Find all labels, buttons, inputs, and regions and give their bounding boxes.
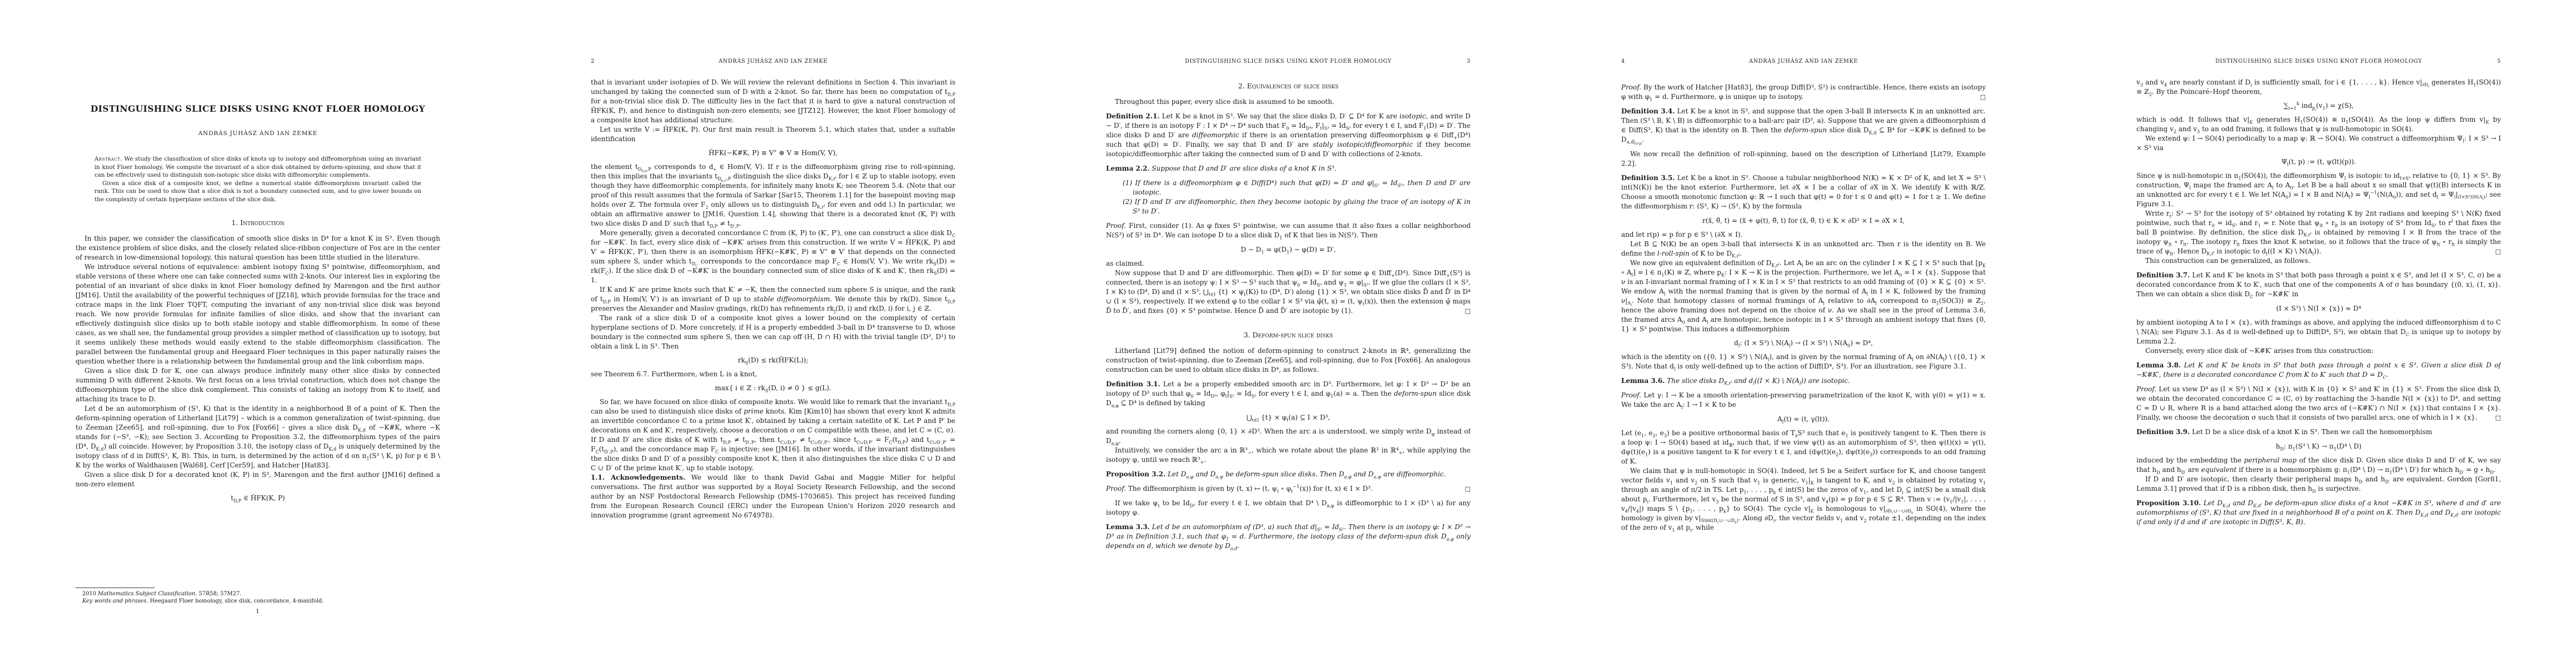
paper-authors: ANDRÁS JUHÁSZ AND IAN ZEMKE	[76, 129, 440, 138]
paragraph: This construction can be generalized, as…	[2136, 256, 2501, 266]
block-lead: Lemma 3.6.	[1621, 377, 1665, 385]
block-lead: Proposition 3.2.	[1106, 470, 1165, 478]
block-lead: Definition 3.5.	[1621, 174, 1675, 182]
running-head: 2ANDRÁS JUHÁSZ AND IAN ZEMKE	[591, 58, 955, 66]
running-head-page-number: 4	[1621, 58, 1625, 64]
running-head: DISTINGUISHING SLICE DISKS USING KNOT FL…	[1106, 58, 1471, 66]
block-lead: Definition 3.4.	[1621, 107, 1675, 115]
abstract: Abstract. We study the classification of…	[94, 155, 421, 203]
page-1: DISTINGUISHING SLICE DISKS USING KNOT FL…	[0, 0, 515, 667]
paragraph: Litherland [Lit79] defined the notion of…	[1106, 346, 1471, 375]
proof-block: Proof. The diffeomorphism is given by (t…	[1106, 484, 1471, 494]
paragraph: Conversely, every slice disk of −K#K′ ar…	[2136, 346, 2501, 356]
theorem-block: Lemma 3.3. Let d be an automorphism of (…	[1106, 522, 1471, 551]
paragraph: If we take ψt to be IdD³ for every t ∈ I…	[1106, 499, 1471, 517]
paragraph: Since ψ is null-homotopic in π1(SO(4)), …	[2136, 171, 2501, 209]
paragraph: and let r(p) = p for p ∈ S³ \ (∂X × I).	[1621, 230, 1986, 240]
paragraph: Let (e1, e2, e3) be a positive orthonorm…	[1621, 429, 1986, 466]
paragraph: Now suppose that D and D′ are diffeomorp…	[1106, 268, 1471, 316]
paragraph: We extend ψ: I → SO(4) periodically to a…	[2136, 134, 2501, 153]
page-body: v3 and v4 are nearly constant if Di is s…	[2136, 78, 2501, 641]
section-heading: 1. Introduction	[76, 218, 440, 227]
page-2: 2ANDRÁS JUHÁSZ AND IAN ZEMKEthat is inva…	[515, 0, 1030, 667]
block-lead: 1.1. Acknowledgements.	[591, 474, 685, 481]
paragraph: see Theorem 6.7. Furthermore, when L is …	[591, 370, 955, 379]
paragraph: Write rt: S³ → S³ for the isotopy of S³ …	[2136, 209, 2501, 256]
paragraph: If D and D′ are isotopic, then clearly t…	[2136, 475, 2501, 494]
paragraph: induced by the embedding the peripheral …	[2136, 456, 2501, 475]
display-formula: (I × S³) \ N(I × {x}) ≈ D⁴	[2136, 304, 2501, 313]
running-head: 4ANDRÁS JUHÁSZ AND IAN ZEMKE	[1621, 58, 1986, 66]
section-heading: 2. Equivalences of slice disks	[1106, 81, 1471, 91]
block-lead: Proof.	[1106, 485, 1126, 492]
qed-square: □	[1465, 484, 1471, 494]
paragraph: The rank of a slice disk D of a composit…	[591, 313, 955, 351]
theorem-block: Proposition 3.2. Let Da,φ and Da,ψ be de…	[1106, 470, 1471, 479]
display-formula: rkS(D) ≤ rk(ĤFK(L));	[591, 356, 955, 365]
abstract-paragraph: Given a slice disk of a composite knot, …	[94, 180, 421, 204]
paragraph: We introduce several notions of equivale…	[76, 262, 440, 366]
display-formula: Ψl(t, p) := (t, ψ(lt)(p)).	[2136, 157, 2501, 167]
footnote-line: 2010 Mathematics Subject Classification.…	[76, 591, 440, 598]
paragraph: which is the identity on ({0, 1} × S³) \…	[1621, 352, 1986, 371]
paragraph: We now give an equivalent definition of …	[1621, 258, 1986, 334]
theorem-block: Definition 3.1. Let a be a properly embe…	[1106, 380, 1471, 408]
block-lead: Definition 3.7.	[2136, 271, 2190, 279]
qed-square: □	[2487, 247, 2501, 256]
block-lead: Proof.	[1621, 83, 1641, 91]
page-number: 1	[0, 608, 515, 615]
page-body: that is invariant under isotopies of D. …	[591, 78, 955, 641]
block-lead: Proof.	[2136, 385, 2156, 393]
display-formula: ∑i=1k indpi(v1) = χ(S),	[2136, 101, 2501, 111]
paragraph: Given a slice disk D for a decorated kno…	[76, 470, 440, 489]
page-4: 4ANDRÁS JUHÁSZ AND IAN ZEMKEProof. By th…	[1546, 0, 2061, 667]
display-formula: hD: π1(S³ \ K) → π1(D⁴ \ D)	[2136, 442, 2501, 451]
page-5: DISTINGUISHING SLICE DISKS USING KNOT FL…	[2061, 0, 2576, 667]
paragraph: So far, we have focused on slice disks o…	[591, 397, 955, 473]
theorem-block: Proposition 3.10. Let DK,d and DK,d′ be …	[2136, 499, 2501, 527]
running-head-page-number: 5	[2497, 58, 2501, 64]
paragraph: Throughout this paper, every slice disk …	[1106, 97, 1471, 107]
running-head-title: ANDRÁS JUHÁSZ AND IAN ZEMKE	[1621, 58, 1986, 64]
footnote-line: Key words and phrases. Heegaard Floer ho…	[76, 598, 440, 605]
paragraph: In this paper, we consider the classific…	[76, 234, 440, 262]
theorem-block: Definition 2.1. Let K be a knot in S³. W…	[1106, 112, 1471, 159]
block-lead: Proposition 3.10.	[2136, 499, 2201, 507]
paragraph: More generally, given a decorated concor…	[591, 228, 955, 285]
display-formula: r(x̄, θ̄, t) = (x̄ + φ(t), θ̄, t) for (x…	[1621, 216, 1986, 226]
list-item: (2) If D and D′ are diffeomorphic, then …	[1123, 197, 1471, 216]
block-lead: Definition 3.9.	[2136, 428, 2190, 436]
footnote-block: 2010 Mathematics Subject Classification.…	[76, 588, 440, 605]
arxiv-paper-screenshot: arXiv:1804.09589v3 [math.GT] 10 Dec 2019…	[0, 0, 2576, 667]
block-lead: Proof.	[1106, 222, 1126, 230]
paragraph: v3 and v4 are nearly constant if Di is s…	[2136, 78, 2501, 97]
running-head-title: ANDRÁS JUHÁSZ AND IAN ZEMKE	[591, 58, 955, 64]
block-lead: Proof.	[1621, 391, 1641, 399]
block-lead: Definition 2.1.	[1106, 112, 1159, 120]
display-formula: D ∼ D1 = φ(D1) ∼ φ(D) = D′,	[1106, 245, 1471, 255]
paragraph: Intuitively, we consider the arc a in ℝ³…	[1106, 446, 1471, 465]
paragraph: Let B ⊆ N(K) be an open 3-ball that inte…	[1621, 240, 1986, 258]
display-formula: ⋃t∈I {t} × φt(a) ⊆ I × D³,	[1106, 413, 1471, 422]
list-item: (1) If there is a diffeomorphism φ ∈ Dif…	[1123, 178, 1471, 197]
display-formula: max{ i ∈ ℤ : rkS(D, i) ≠ 0 } ≤ g(L).	[591, 384, 955, 393]
block-lead: Definition 3.1.	[1106, 380, 1160, 388]
running-head-title: DISTINGUISHING SLICE DISKS USING KNOT FL…	[1106, 58, 1471, 64]
proof-block: Proof. Let us view D⁴ as (I × S³) \ N(I …	[2136, 385, 2501, 422]
qed-square: □	[2495, 413, 2501, 422]
theorem-block: Definition 3.5. Let K be a knot in S³. C…	[1621, 173, 1986, 211]
proof-block: Proof. First, consider (1). As φ fixes S…	[1106, 221, 1471, 240]
display-formula: Al(t) = (t, γ(lt)).	[1621, 415, 1986, 424]
paragraph: 1.1. Acknowledgements. We would like to …	[591, 473, 955, 520]
paragraph: that is invariant under isotopies of D. …	[591, 78, 955, 125]
paragraph: Let d be an automorphism of (S³, K) that…	[76, 404, 440, 470]
theorem-block: Definition 3.4. Let K be a knot in S³, a…	[1621, 107, 1986, 145]
paper-title: DISTINGUISHING SLICE DISKS USING KNOT FL…	[76, 103, 440, 114]
qed-square: □	[1980, 92, 1986, 102]
theorem-block: Lemma 2.2. Suppose that D and D′ are sli…	[1106, 164, 1471, 173]
theorem-block: Definition 3.7. Let K and K′ be knots in…	[2136, 271, 2501, 299]
block-lead: Lemma 3.3.	[1106, 523, 1150, 531]
paragraph: If K and K′ are prime knots such that K′…	[591, 285, 955, 313]
page-body: 2. Equivalences of slice disksThroughout…	[1106, 78, 1471, 641]
paragraph: which is odd. It follows that v|K genera…	[2136, 115, 2501, 134]
display-formula: dl: (I × S³) \ N(Al) → (I × S³) \ N(A0) …	[1621, 339, 1986, 348]
paragraph: the element tDK,d,P corresponds to d∗ ∈ …	[591, 162, 955, 228]
abstract-paragraph: Abstract. We study the classification of…	[94, 155, 421, 180]
paragraph: Given a slice disk D for K, one can alwa…	[76, 366, 440, 404]
block-lead: Lemma 2.2.	[1106, 165, 1149, 172]
qed-square: □	[1456, 306, 1471, 316]
theorem-block: Lemma 3.8. Let K and K′ be knots in S³ t…	[2136, 361, 2501, 380]
proof-block: Proof. Let γ: I → K be a smooth orientat…	[1621, 391, 1986, 410]
running-head-page-number: 3	[1467, 58, 1471, 64]
paragraph: We now recall the definition of roll-spi…	[1621, 150, 1986, 168]
page-3: DISTINGUISHING SLICE DISKS USING KNOT FL…	[1030, 0, 1546, 667]
display-formula: tD,P ∈ ĤFK(K, P)	[76, 494, 440, 503]
proof-block: Proof. By the work of Hatcher [Hat83], t…	[1621, 83, 1986, 102]
paragraph: as claimed.	[1106, 259, 1471, 268]
theorem-block: Lemma 3.6. The slice disks DK,rl and dl(…	[1621, 376, 1986, 386]
section-heading: 3. Deform-spun slice disks	[1106, 330, 1471, 340]
abstract-label: Abstract.	[94, 156, 122, 162]
display-formula: ĤFK(−K#K, P) ≅ V∗ ⊗ V ≅ Hom(V, V),	[591, 148, 955, 158]
page-body: DISTINGUISHING SLICE DISKS USING KNOT FL…	[76, 103, 440, 641]
paragraph: by ambient isotoping A to I × {x}, with …	[2136, 318, 2501, 346]
block-lead: Lemma 3.8.	[2136, 361, 2181, 369]
paragraph: We claim that ψ is null-homotopic in SO(…	[1621, 466, 1986, 532]
theorem-block: Definition 3.9. Let D be a slice disk of…	[2136, 427, 2501, 437]
page-body: Proof. By the work of Hatcher [Hat83], t…	[1621, 78, 1986, 641]
paragraph: and rounding the corners along {0, 1} × …	[1106, 427, 1471, 446]
paragraph: Let us write V := ĤFK(K, P). Our first m…	[591, 125, 955, 144]
running-head: DISTINGUISHING SLICE DISKS USING KNOT FL…	[2136, 58, 2501, 66]
footnote-rule	[76, 588, 155, 588]
running-head-page-number: 2	[591, 58, 595, 64]
running-head-title: DISTINGUISHING SLICE DISKS USING KNOT FL…	[2136, 58, 2501, 64]
